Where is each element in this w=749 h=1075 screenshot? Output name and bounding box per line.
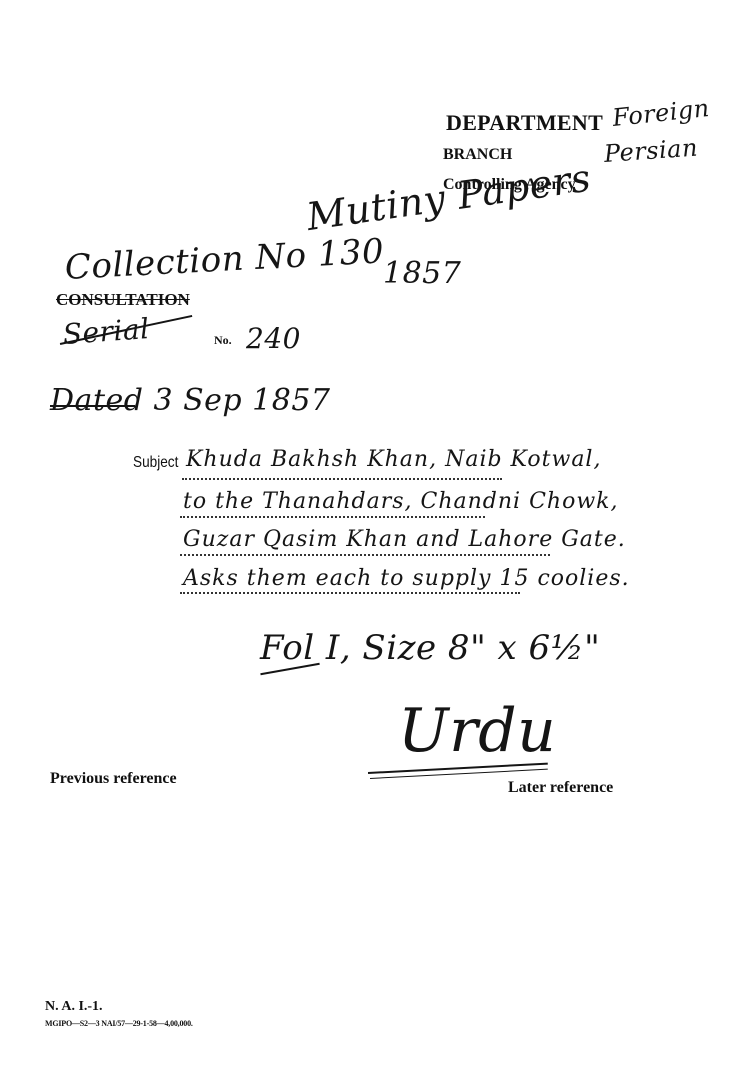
- subject-line: Guzar Qasim Khan and Lahore Gate.: [183, 527, 626, 552]
- subject-dotted-line: [180, 592, 520, 594]
- language: Urdu: [398, 696, 556, 766]
- collection-year: 1857: [383, 256, 461, 291]
- print-info: MGIPO—S2—3 NAI/57—29-1-58—4,00,000.: [45, 1019, 193, 1028]
- consultation-label: CONSULTATION: [56, 290, 190, 310]
- branch-label: BRANCH: [443, 146, 512, 164]
- subject-line: Khuda Bakhsh Khan, Naib Kotwal,: [186, 447, 601, 472]
- subject-line: to the Thanahdars, Chandni Chowk,: [183, 489, 618, 514]
- subject-label: Subject: [133, 454, 178, 472]
- serial-no-label: No.: [214, 333, 232, 348]
- later-reference-label: Later reference: [508, 779, 613, 797]
- subject-line: Asks them each to supply 15 coolies.: [183, 566, 630, 591]
- folio-size: Fol I, Size 8" x 6½": [260, 628, 600, 668]
- collection-title: Mutiny Papers: [304, 156, 594, 239]
- subject-dotted-line: [180, 554, 550, 556]
- dated-text: Dated 3 Sep 1857: [50, 383, 331, 418]
- subject-dotted-line: [180, 516, 485, 518]
- previous-reference-label: Previous reference: [50, 770, 177, 788]
- form-number: N. A. I.-1.: [45, 999, 103, 1015]
- department-label: DEPARTMENT: [446, 110, 603, 136]
- serial-word: Serial: [62, 312, 151, 351]
- collection-number: Collection No 130: [64, 231, 385, 288]
- serial-number: 240: [246, 322, 301, 355]
- subject-dotted-line: [182, 478, 502, 480]
- department-value: Foreign: [611, 94, 711, 132]
- dated-underline: [50, 405, 135, 407]
- branch-value: Persian: [603, 134, 699, 168]
